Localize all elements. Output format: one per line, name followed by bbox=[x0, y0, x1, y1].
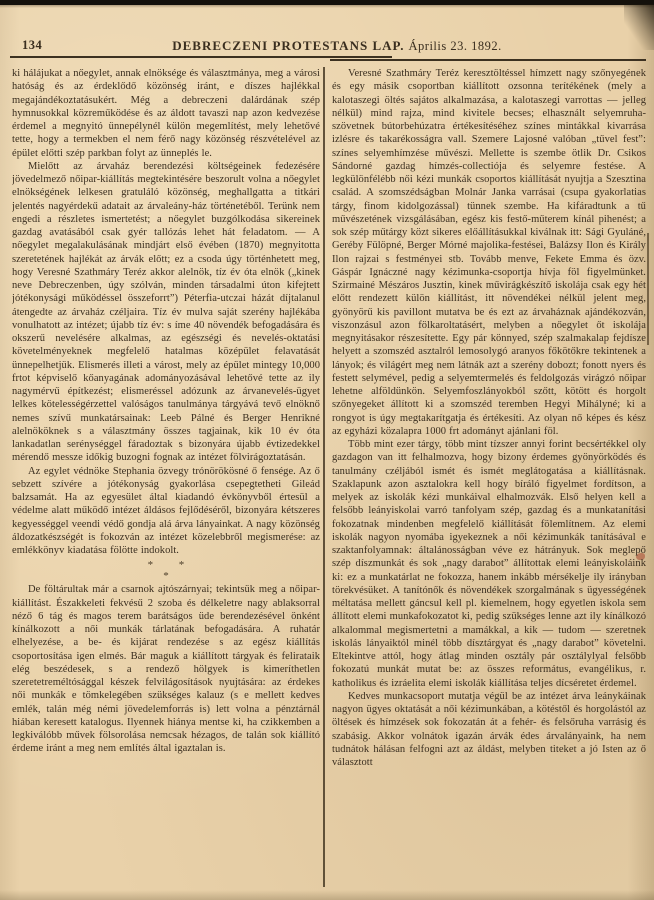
body-paragraph: Több mint ezer tárgy, több mint tízszer … bbox=[332, 438, 646, 690]
article-body: ki hálájukat a nőegylet, annak elnöksége… bbox=[12, 67, 646, 888]
body-paragraph: Az egylet védnöke Stephania özvegy trónö… bbox=[12, 465, 320, 558]
issue-date: Április 23. 1892. bbox=[409, 39, 502, 53]
scan-edge-bottom bbox=[0, 890, 654, 900]
scan-corner-smudge bbox=[624, 4, 654, 50]
header-rule bbox=[10, 56, 392, 58]
scan-edge-right-line bbox=[647, 233, 649, 345]
header-rule-right bbox=[330, 59, 646, 61]
scan-edge-top-shadow bbox=[0, 5, 654, 8]
body-paragraph: Mielőtt az árvaház berendezési költségei… bbox=[12, 160, 320, 465]
page-number: 134 bbox=[22, 38, 42, 53]
body-paragraph: De föltárultak már a csarnok ajtószárnya… bbox=[12, 583, 320, 755]
masthead: DEBRECZENI PROTESTANS LAP. Április 23. 1… bbox=[60, 37, 614, 55]
body-paragraph: Kedves munkacsoport mutatja végül be az … bbox=[332, 690, 646, 770]
column-divider-rule bbox=[323, 67, 325, 887]
separator-asterisk-bottom: * bbox=[12, 571, 320, 582]
body-paragraph: ki hálájukat a nőegylet, annak elnöksége… bbox=[12, 67, 320, 160]
body-paragraph: Veresné Szathmáry Teréz keresztöltéssel … bbox=[332, 67, 646, 438]
section-separator: * * * bbox=[12, 560, 320, 582]
right-text-column: Veresné Szathmáry Teréz keresztöltéssel … bbox=[332, 67, 646, 889]
left-text-column: ki hálájukat a nőegylet, annak elnöksége… bbox=[12, 67, 320, 889]
newspaper-page: 134 DEBRECZENI PROTESTANS LAP. Április 2… bbox=[0, 0, 654, 900]
masthead-title: DEBRECZENI PROTESTANS LAP. bbox=[172, 38, 404, 53]
